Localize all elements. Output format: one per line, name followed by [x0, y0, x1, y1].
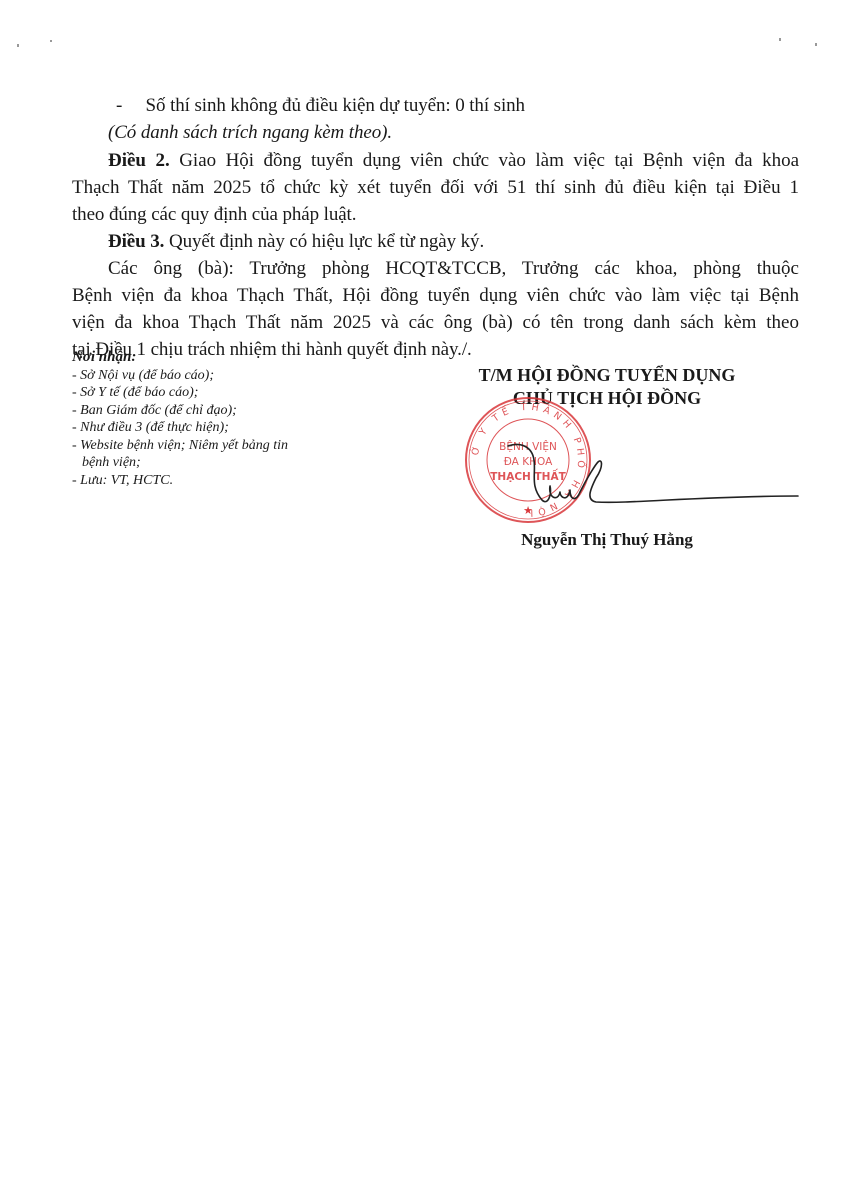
recipient-item: - Ban Giám đốc (để chỉ đạo);: [72, 402, 288, 420]
scan-speck: [17, 44, 19, 47]
bullet-text: Số thí sinh không đủ điều kiện dự tuyển:…: [146, 95, 525, 116]
article2-line-3: theo đúng các quy định của pháp luật.: [72, 204, 356, 226]
recipient-item: - Sở Y tế (để báo cáo);: [72, 384, 288, 402]
responsibility-line-2: Bệnh viện đa khoa Thạch Thất, Hội đồng t…: [72, 285, 799, 307]
recipients-heading: Nơi nhận:: [72, 349, 288, 367]
article2-line-1: Điều 2. Giao Hội đồng tuyển dụng viên ch…: [108, 150, 799, 172]
signature-title-line-2: CHỦ TỊCH HỘI ĐỒNG: [380, 388, 834, 409]
recipient-item: - Website bệnh viện; Niêm yết bảng tin: [72, 437, 288, 455]
scan-speck: [779, 38, 781, 41]
responsibility-line-1: Các ông (bà): Trưởng phòng HCQT&TCCB, Tr…: [108, 258, 799, 280]
bullet-item: - Số thí sinh không đủ điều kiện dự tuyể…: [116, 95, 525, 117]
handwritten-signature: [500, 440, 800, 510]
article2-label: Điều 2.: [108, 150, 170, 171]
recipients-block: Nơi nhận: - Sở Nội vụ (để báo cáo); - Sở…: [72, 349, 288, 489]
scan-speck: [815, 43, 817, 46]
article3: Điều 3. Quyết định này có hiệu lực kể từ…: [108, 231, 484, 253]
article2-line-2: Thạch Thất năm 2025 tổ chức kỳ xét tuyển…: [72, 177, 799, 199]
signer-name: Nguyễn Thị Thuý Hằng: [380, 530, 834, 550]
scan-speck: [50, 40, 52, 42]
attachment-note: (Có danh sách trích ngang kèm theo).: [108, 122, 392, 144]
article2-text: Giao Hội đồng tuyển dụng viên chức vào l…: [179, 150, 799, 171]
bullet-dash: -: [116, 95, 122, 116]
recipient-item: - Lưu: VT, HCTC.: [72, 472, 288, 490]
recipient-item: - Như điều 3 (để thực hiện);: [72, 419, 288, 437]
article3-text: Quyết định này có hiệu lực kể từ ngày ký…: [169, 231, 484, 252]
recipient-item: - Sở Nội vụ (để báo cáo);: [72, 367, 288, 385]
recipient-item: bệnh viện;: [72, 454, 288, 472]
signature-title-line-1: T/M HỘI ĐỒNG TUYỂN DỤNG: [380, 365, 834, 386]
responsibility-line-3: viện đa khoa Thạch Thất năm 2025 và các …: [72, 312, 799, 334]
article3-label: Điều 3.: [108, 231, 164, 252]
